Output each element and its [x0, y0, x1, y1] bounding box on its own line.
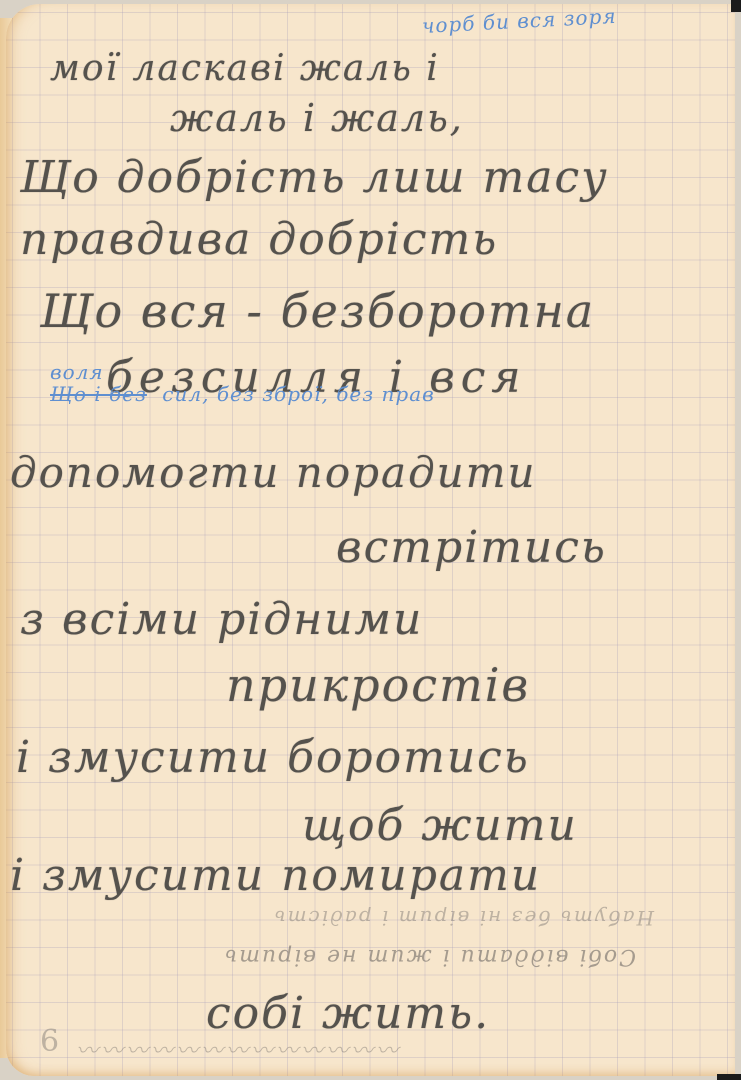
annotation-middle: воля Що і без сил, без зброї, без прав	[50, 382, 435, 406]
mirrored-line-2: Собі віддати і жит не вірить	[16, 944, 636, 969]
handwritten-line-3: Що добрість лиш тасу	[20, 152, 609, 203]
handwritten-line-13: і змусити помирати	[10, 850, 541, 901]
page-number: 6	[40, 1024, 61, 1059]
bleed-through-text: 〰〰〰〰〰〰〰〰〰〰〰〰〰	[76, 1034, 401, 1065]
handwritten-line-9: з всіми рідними	[20, 594, 423, 645]
annotation-inserted: воля	[50, 360, 104, 384]
handwritten-line-12: щоб жити	[302, 800, 578, 851]
handwritten-line-1: мої ласкаві жаль і	[50, 48, 440, 89]
mirrored-line-1: Набуть без ні вірит і радість	[54, 906, 654, 930]
handwritten-line-4: правдива добрість	[20, 214, 498, 265]
notebook-page: чорб би вся зоря мої ласкаві жаль і жаль…	[6, 4, 735, 1076]
handwritten-line-14: собі жить.	[206, 988, 490, 1039]
annotation-struck: Що і без	[50, 382, 147, 406]
handwritten-line-8: встрітись	[336, 522, 607, 573]
handwritten-line-5: Що вся - безборотна	[40, 284, 595, 338]
handwritten-line-11: і змусити боротись	[16, 732, 530, 783]
handwritten-line-2: жаль і жаль,	[170, 96, 464, 140]
annotation-text: сил, без зброї, без прав	[162, 382, 434, 406]
scan-corner-bottom	[717, 1074, 741, 1080]
annotation-top: чорб би вся зоря	[421, 4, 617, 38]
handwritten-line-7: допомогти порадити	[10, 448, 537, 497]
scan-corner-top	[731, 0, 741, 12]
handwritten-line-10: прикростів	[226, 658, 530, 712]
